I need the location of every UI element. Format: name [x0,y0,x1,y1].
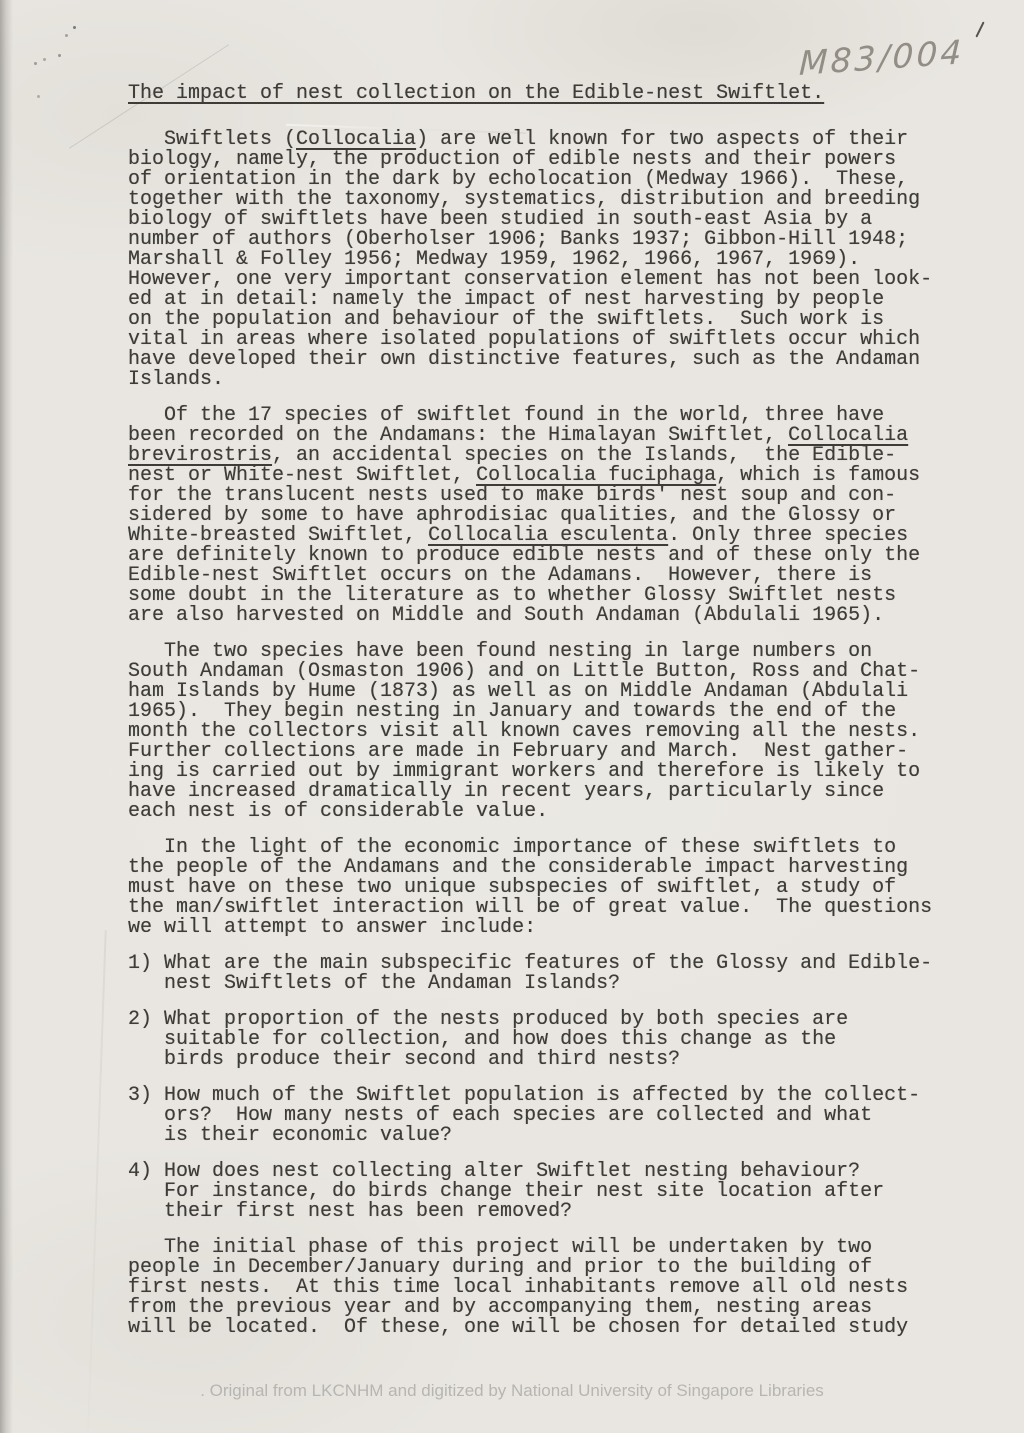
text-segment: are also harvested on Middle and South A… [128,604,884,627]
text-line: ed at in detail: namely the impact of ne… [128,290,964,310]
text-line: first nests. At this time local inhabita… [128,1278,964,1298]
digitization-watermark: . Original from LKCNHM and digitized by … [0,1381,1024,1401]
text-segment: nest Swiftlets of the Andaman Islands? [128,972,620,995]
text-line: the man/swiftlet interaction will be of … [128,898,964,918]
text-line: together with the taxonomy, systematics,… [128,190,964,210]
text-line: 1) What are the main subspecific feature… [128,954,964,974]
text-line: vital in areas where isolated population… [128,330,964,350]
text-line: biology of swiftlets have been studied i… [128,210,964,230]
text-line: The two species have been found nesting … [128,642,964,662]
text-segment: we will attempt to answer include: [128,916,536,939]
text-line: are also harvested on Middle and South A… [128,606,964,626]
text-line: have increased dramatically in recent ye… [128,782,964,802]
text-line: Islands. [128,370,964,390]
text-segment: birds produce their second and third nes… [128,1048,680,1071]
staple-marks [0,0,3,3]
paragraph-2: Of the 17 species of swiftlet found in t… [128,406,964,626]
text-line: brevirostris, an accidental species on t… [128,446,964,466]
text-line: must have on these two unique subspecies… [128,878,964,898]
paper-crease [87,930,106,1430]
text-line: 1965). They begin nesting in January and… [128,702,964,722]
text-line: month the collectors visit all known cav… [128,722,964,742]
text-line: White-breasted Swiftlet, Collocalia escu… [128,526,964,546]
scan-edge-shadow [0,0,13,1433]
text-line: ing is carried out by immigrant workers … [128,762,964,782]
text-line: 2) What proportion of the nests produced… [128,1010,964,1030]
text-line: Marshall & Folley 1956; Medway 1959, 196… [128,250,964,270]
scanned-document-page: M83/004 The impact of nest collection on… [0,0,1024,1433]
text-line: is their economic value? [128,1126,964,1146]
text-line: The initial phase of this project will b… [128,1238,964,1258]
text-line: 4) How does nest collecting alter Swiftl… [128,1162,964,1182]
paragraph-1: Swiftlets (Collocalia) are well known fo… [128,130,964,390]
handwritten-ref-number: M83/004 [799,32,966,83]
text-line: from the previous year and by accompanyi… [128,1298,964,1318]
list-item-1: 1) What are the main subspecific feature… [128,954,964,994]
list-item-2: 2) What proportion of the nests produced… [128,1010,964,1070]
text-line: nest or White-nest Swiftlet, Collocalia … [128,466,964,486]
document-body: Swiftlets (Collocalia) are well known fo… [128,130,964,1338]
list-item-4: 4) How does nest collecting alter Swiftl… [128,1162,964,1222]
paragraph-5: The initial phase of this project will b… [128,1238,964,1338]
document-title: The impact of nest collection on the Edi… [128,84,964,104]
paragraph-4: In the light of the economic importance … [128,838,964,938]
text-line: However, one very important conservation… [128,270,964,290]
text-line: Edible-nest Swiftlet occurs on the Adama… [128,566,964,586]
text-line: their first nest has been removed? [128,1202,964,1222]
text-segment: will be located. Of these, one will be c… [128,1316,908,1339]
text-line: 3) How much of the Swiftlet population i… [128,1086,964,1106]
text-line: been recorded on the Andamans: the Himal… [128,426,964,446]
text-line: each nest is of considerable value. [128,802,964,822]
text-line: people in December/January during and pr… [128,1258,964,1278]
text-line: we will attempt to answer include: [128,918,964,938]
text-line: In the light of the economic importance … [128,838,964,858]
text-line: Further collections are made in February… [128,742,964,762]
text-line: South Andaman (Osmaston 1906) and on Lit… [128,662,964,682]
text-segment: each nest is of considerable value. [128,800,548,823]
text-line: birds produce their second and third nes… [128,1050,964,1070]
text-line: nest Swiftlets of the Andaman Islands? [128,974,964,994]
text-line: of orientation in the dark by echolocati… [128,170,964,190]
text-segment: have developed their own distinctive fea… [128,348,920,371]
text-segment: their first nest has been removed? [128,1200,572,1223]
paragraph-3: The two species have been found nesting … [128,642,964,822]
text-line: suitable for collection, and how does th… [128,1030,964,1050]
text-line: will be located. Of these, one will be c… [128,1318,964,1338]
pen-tick-mark [975,21,984,37]
text-line: have developed their own distinctive fea… [128,350,964,370]
text-line: Swiftlets (Collocalia) are well known fo… [128,130,964,150]
text-line: ham Islands by Hume (1873) as well as on… [128,682,964,702]
document-content: The impact of nest collection on the Edi… [128,84,964,1354]
text-line: number of authors (Oberholser 1906; Bank… [128,230,964,250]
text-line: some doubt in the literature as to wheth… [128,586,964,606]
text-line: sidered by some to have aphrodisiac qual… [128,506,964,526]
text-line: ors? How many nests of each species are … [128,1106,964,1126]
text-line: For instance, do birds change their nest… [128,1182,964,1202]
text-line: on the population and behaviour of the s… [128,310,964,330]
text-line: the people of the Andamans and the consi… [128,858,964,878]
text-line: biology, namely, the production of edibl… [128,150,964,170]
text-line: for the translucent nests used to make b… [128,486,964,506]
text-segment: is their economic value? [128,1124,452,1147]
text-line: Of the 17 species of swiftlet found in t… [128,406,964,426]
list-item-3: 3) How much of the Swiftlet population i… [128,1086,964,1146]
text-segment: Islands. [128,368,224,391]
text-line: are definitely known to produce edible n… [128,546,964,566]
